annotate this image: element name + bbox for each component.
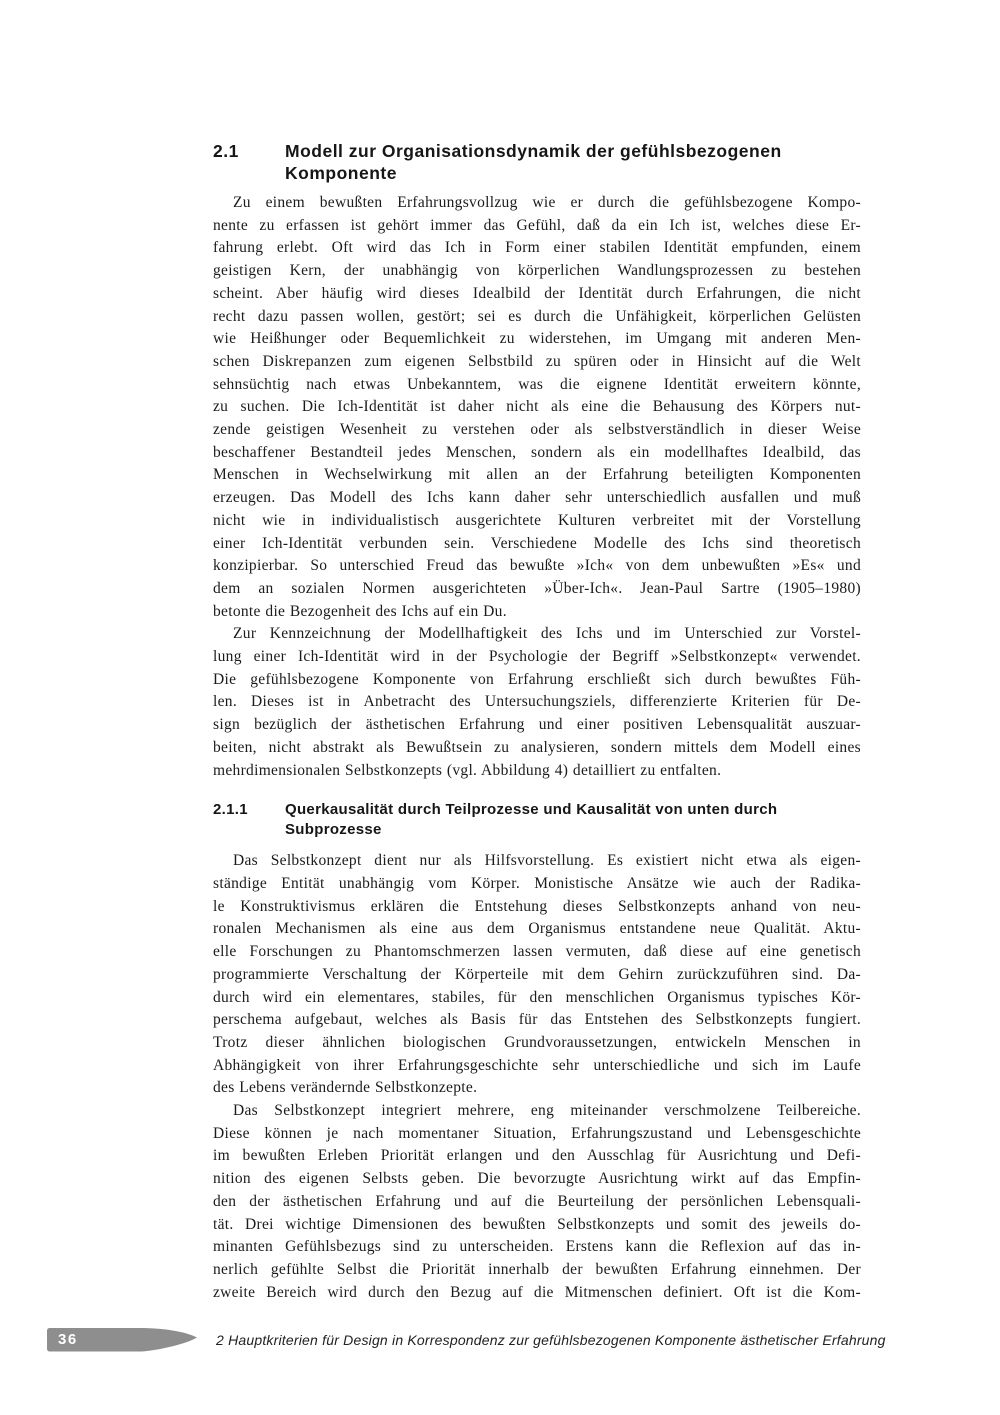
text-line: nicht wie in individualistisch ausgerich… (213, 510, 861, 533)
text-line: recht dazu passen wollen, gestört; sei e… (213, 306, 861, 329)
text-line: Die gefühlsbezogene Komponente von Erfah… (213, 669, 861, 692)
text-line: Trotz dieser ähnlichen biologischen Grun… (213, 1032, 861, 1055)
page-number-badge: 36 (47, 1328, 197, 1353)
text-line: ständige Entität unabhängig vom Körper. … (213, 873, 861, 896)
text-line: scheint. Aber häufig wird dieses Idealbi… (213, 283, 861, 306)
text-line: erzeugen. Das Modell des Ichs kann daher… (213, 487, 861, 510)
text-line: betonte die Bezogenheit des Ichs auf ein… (213, 601, 861, 624)
text-line: ronalen Mechanismen als eine aus dem Org… (213, 918, 861, 941)
text-line: konzipierbar. So unterschied Freud das b… (213, 555, 861, 578)
text-line: im bewußten Erleben Priorität erlangen u… (213, 1145, 861, 1168)
text-line: perschema aufgebaut, welches als Basis f… (213, 1009, 861, 1032)
running-title: 2 Hauptkriterien für Design in Korrespon… (216, 1332, 886, 1348)
section-title: Modell zur Organisationsdynamik der gefü… (285, 140, 861, 184)
text-line: sehnsüchtig nach etwas Unbekanntem, was … (213, 374, 861, 397)
text-line: einer Ich-Identität verbunden sein. Vers… (213, 533, 861, 556)
text-line: nition des eigenen Selbsts geben. Die be… (213, 1168, 861, 1191)
text-line: Diese können je nach momentaner Situatio… (213, 1123, 861, 1146)
section-heading-2-1: 2.1 Modell zur Organisationsdynamik der … (213, 140, 861, 184)
text-line: le Konstruktivismus erklären die Entsteh… (213, 896, 861, 919)
text-line: beschaffener Bestandteil jedes Menschen,… (213, 442, 861, 465)
text-line: mehrdimensionalen Selbstkonzepts (vgl. A… (213, 760, 861, 783)
text-line: wie Heißhunger oder Bequemlichkeit zu wi… (213, 328, 861, 351)
text-line: elle Forschungen zu Phantomschmerzen las… (213, 941, 861, 964)
text-line: Das Selbstkonzept dient nur als Hilfsvor… (213, 850, 861, 873)
text-line: len. Dieses ist in Anbetracht des Unters… (213, 691, 861, 714)
page-body-column: 2.1 Modell zur Organisationsdynamik der … (213, 140, 861, 1304)
section-2-1-paragraphs: Zu einem bewußten Erfahrungsvollzug wie … (213, 192, 861, 782)
paragraph: Das Selbstkonzept integriert mehrere, en… (213, 1100, 861, 1304)
text-line: den der ästhetischen Erfahrung und auf d… (213, 1191, 861, 1214)
subsection-title: Querkausalität durch Teilprozesse und Ka… (285, 800, 861, 840)
text-line: zweite Bereich wird durch den Bezug auf … (213, 1282, 861, 1305)
paragraph: Das Selbstkonzept dient nur als Hilfsvor… (213, 850, 861, 1100)
page-number: 36 (58, 1331, 78, 1348)
text-line: Zu einem bewußten Erfahrungsvollzug wie … (213, 192, 861, 215)
text-line: minanten Gefühlsbezugs sind zu untersche… (213, 1236, 861, 1259)
text-line: Das Selbstkonzept integriert mehrere, en… (213, 1100, 861, 1123)
text-line: Zur Kennzeichnung der Modellhaftigkeit d… (213, 623, 861, 646)
paragraph: Zu einem bewußten Erfahrungsvollzug wie … (213, 192, 861, 623)
section-heading-2-1-1: 2.1.1 Querkausalität durch Teilprozesse … (213, 800, 861, 840)
text-line: Menschen in Wechselwirkung mit allen an … (213, 464, 861, 487)
text-line: geistigen Kern, der unabhängig von körpe… (213, 260, 861, 283)
page-footer: 36 2 Hauptkriterien für Design in Korres… (0, 1326, 1000, 1366)
text-line: programmierte Verschaltung der Körpertei… (213, 964, 861, 987)
text-line: nerlich gefühlte Selbst die Priorität in… (213, 1259, 861, 1282)
text-line: zu suchen. Die Ich-Identität ist daher n… (213, 396, 861, 419)
text-line: Abhängigkeit von ihrer Erfahrungsgeschic… (213, 1055, 861, 1078)
text-line: tät. Drei wichtige Dimensionen des bewuß… (213, 1214, 861, 1237)
text-line: durch wird ein elementares, stabiles, fü… (213, 987, 861, 1010)
text-line: schen Diskrepanzen zum eigenen Selbstbil… (213, 351, 861, 374)
subsection-number: 2.1.1 (213, 800, 285, 840)
text-line: beiten, nicht abstrakt als Bewußtsein zu… (213, 737, 861, 760)
text-line: nente zu erfassen ist gehört immer das G… (213, 215, 861, 238)
text-line: zende geistigen Wesenheit zu verstehen o… (213, 419, 861, 442)
section-number: 2.1 (213, 140, 285, 184)
text-line: sign bezüglich der ästhetischen Erfahrun… (213, 714, 861, 737)
text-line: dem an sozialen Normen ausgerichteten »Ü… (213, 578, 861, 601)
text-line: lung einer Ich-Identität wird in der Psy… (213, 646, 861, 669)
text-line: des Lebens verändernde Selbstkonzepte. (213, 1077, 861, 1100)
section-2-1-1-paragraphs: Das Selbstkonzept dient nur als Hilfsvor… (213, 850, 861, 1304)
paragraph: Zur Kennzeichnung der Modellhaftigkeit d… (213, 623, 861, 782)
text-line: fahrung erlebt. Oft wird das Ich in Form… (213, 237, 861, 260)
